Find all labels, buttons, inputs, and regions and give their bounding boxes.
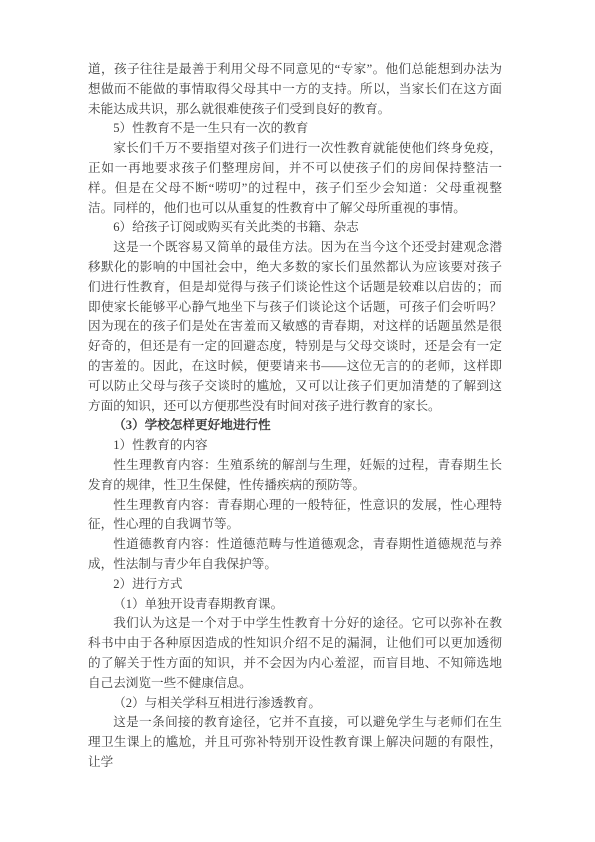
section-heading: （3）学校怎样更好地进行性 xyxy=(88,416,502,436)
paragraph: 道，孩子往往是最善于利用父母不同意见的“专家”。他们总能想到办法为想做而不能做的… xyxy=(88,60,502,119)
document-body: 道，孩子往往是最善于利用父母不同意见的“专家”。他们总能想到办法为想做而不能做的… xyxy=(88,60,502,773)
paragraph: （2）与相关学科互相进行渗透教育。 xyxy=(88,694,502,714)
paragraph: 性道德教育内容：性道德范畴与性道德观念，青春期性道德规范与养成，性法制与青少年自… xyxy=(88,535,502,575)
paragraph: 这是一个既容易又简单的最佳方法。因为在当今这个还受封建观念潜移默化的影响的中国社… xyxy=(88,238,502,416)
paragraph: 性生理教育内容：青春期心理的一般特征，性意识的发展，性心理特征，性心理的自我调节… xyxy=(88,496,502,536)
paragraph: 这是一条间接的教育途径，它并不直接，可以避免学生与老师们在生理卫生课上的尴尬，并… xyxy=(88,713,502,772)
paragraph: 5）性教育不是一生只有一次的教育 xyxy=(88,119,502,139)
paragraph: 1）性教育的内容 xyxy=(88,436,502,456)
paragraph: 我们认为这是一个对于中学生性教育十分好的途径。它可以弥补在教科书中由于各种原因造… xyxy=(88,614,502,693)
paragraph: （1）单独开设青春期教育课。 xyxy=(88,595,502,615)
paragraph: 2）进行方式 xyxy=(88,575,502,595)
document-page: 道，孩子往往是最善于利用父母不同意见的“专家”。他们总能想到办法为想做而不能做的… xyxy=(0,0,595,842)
paragraph: 家长们千万不要指望对孩子们进行一次性教育就能使他们终身免疫，正如一再地要求孩子们… xyxy=(88,139,502,218)
paragraph: 6）给孩子订阅或购买有关此类的书籍、杂志 xyxy=(88,218,502,238)
paragraph: 性生理教育内容：生殖系统的解剖与生理，妊娠的过程，青春期生长发育的规律，性卫生保… xyxy=(88,456,502,496)
